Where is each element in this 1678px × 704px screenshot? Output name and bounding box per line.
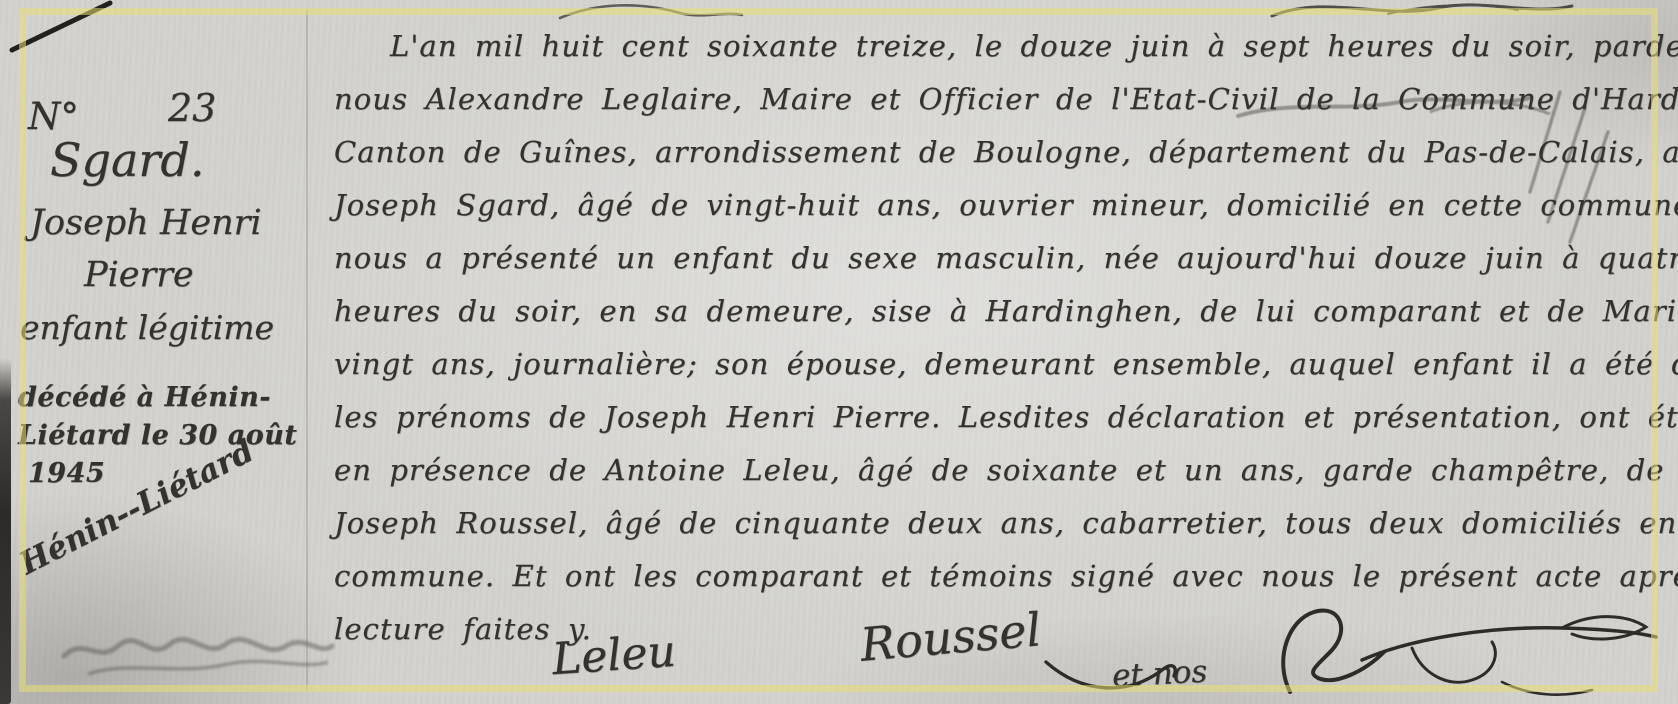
- margin-death-note-line3: 1945: [28, 458, 105, 489]
- act-body-line: Joseph Sgard, âgé de vingt-huit ans, ouv…: [334, 179, 1664, 232]
- act-body-line: commune. Et ont les comparant et témoins…: [334, 550, 1664, 603]
- top-edge-flourish-icon: [1268, 0, 1578, 22]
- act-body: L'an mil huit cent soixante treize, le d…: [334, 20, 1664, 656]
- margin-diagonal-note: Hénin--Liétard: [14, 433, 260, 582]
- signature-leleu: Leleu: [550, 626, 677, 686]
- margin-legitimacy-note: enfant légitime: [20, 308, 274, 347]
- margin-death-note-line2: Liétard le 30 août: [18, 420, 297, 451]
- act-body-line: nous Alexandre Leglaire, Maire et Offici…: [334, 73, 1664, 126]
- top-edge-flourish-icon: [556, 0, 746, 20]
- scan-edge-shadow: [0, 358, 11, 704]
- act-body-line: vingt ans, journalière; son épouse, deme…: [334, 338, 1664, 391]
- margin-column-rule: [306, 10, 308, 690]
- civil-register-scan: N° 23 Sgard. Joseph Henri Pierre enfant …: [0, 0, 1678, 704]
- act-number-label: N°: [28, 95, 79, 138]
- act-body-line: nous a présenté un enfant du sexe mascul…: [334, 232, 1664, 285]
- margin-given-names-line1: Joseph Henri: [30, 203, 262, 243]
- margin-given-names-line2: Pierre: [84, 255, 194, 295]
- act-body-line: Joseph Roussel, âgé de cinquante deux an…: [334, 497, 1664, 550]
- ghost-writing-icon: [58, 616, 338, 686]
- act-body-line: heures du soir, en sa demeure, sise à Ha…: [334, 285, 1664, 338]
- margin-death-note-line1: décédé à Hénin-: [18, 382, 271, 413]
- act-body-line: en présence de Antoine Leleu, âgé de soi…: [334, 444, 1664, 497]
- act-body-line: les prénoms de Joseph Henri Pierre. Lesd…: [334, 391, 1664, 444]
- act-body-line: L'an mil huit cent soixante treize, le d…: [334, 20, 1664, 73]
- act-body-line: Canton de Guînes, arrondissement de Boul…: [334, 126, 1664, 179]
- act-number-value: 23: [168, 86, 216, 130]
- signature-small-note: et nos: [1111, 654, 1208, 695]
- margin-surname: Sgard.: [50, 133, 204, 187]
- pen-stroke-top-left-icon: [6, 0, 121, 55]
